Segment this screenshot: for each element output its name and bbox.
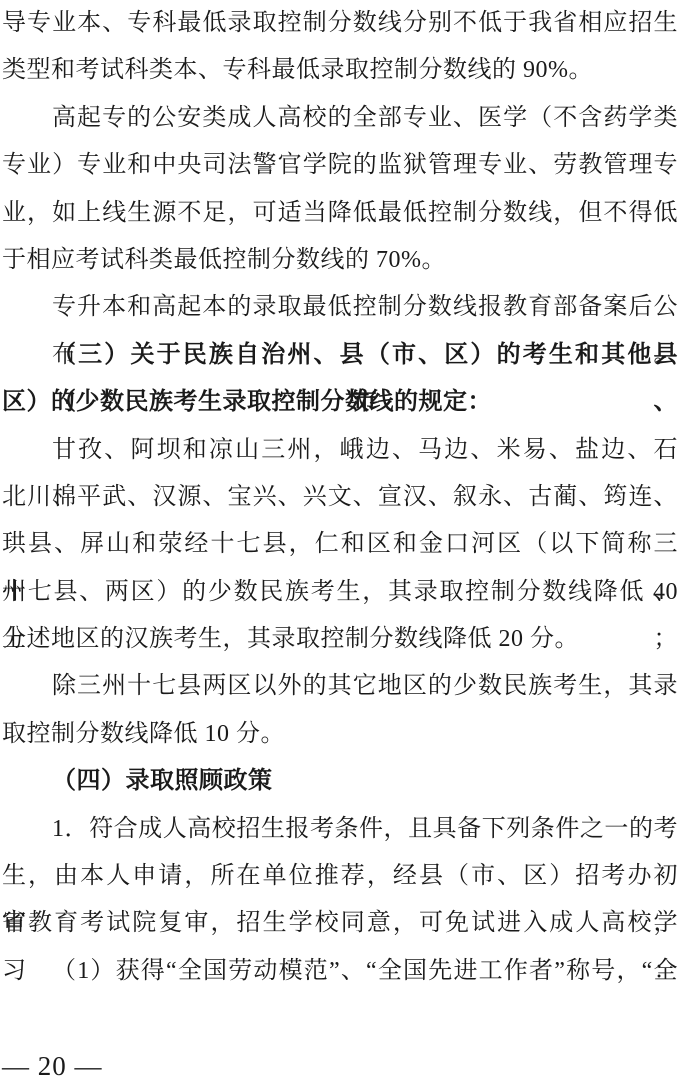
heading-line: （三）关于民族自治州、县（市、区）的考生和其他县（市、 bbox=[2, 332, 678, 379]
text-line: 省教育考试院复审，招生学校同意，可免试进入成人高校学习： bbox=[2, 900, 678, 947]
text-line: 1．符合成人高校招生报考条件，且具备下列条件之一的考 bbox=[2, 806, 678, 853]
text-line: 十七县、两区）的少数民族考生，其录取控制分数线降低 40 分； bbox=[2, 569, 678, 616]
text-line: 专业）专业和中央司法警官学院的监狱管理专业、劳教管理专 bbox=[2, 142, 678, 189]
text-line: （1）获得“全国劳动模范”、“全国先进工作者”称号，“全 bbox=[2, 948, 678, 995]
document-body: 导专业本、专科最低录取控制分数线分别不低于我省相应招生类型和考试科类本、专科最低… bbox=[2, 0, 678, 995]
text-line: 生，由本人申请，所在单位推荐，经县（市、区）招考办初审， bbox=[2, 853, 678, 900]
text-line: 北川、平武、汉源、宝兴、兴文、宣汉、叙永、古蔺、筠连、 bbox=[2, 474, 678, 521]
text-line: 上述地区的汉族考生，其录取控制分数线降低 20 分。 bbox=[2, 616, 678, 663]
text-line: 专升本和高起本的录取最低控制分数线报教育部备案后公布。 bbox=[2, 284, 678, 331]
document-page: 导专业本、专科最低录取控制分数线分别不低于我省相应招生类型和考试科类本、专科最低… bbox=[0, 0, 680, 1087]
text-line: 导专业本、专科最低录取控制分数线分别不低于我省相应招生 bbox=[2, 0, 678, 47]
text-line: 除三州十七县两区以外的其它地区的少数民族考生，其录 bbox=[2, 663, 678, 710]
text-line: 业，如上线生源不足，可适当降低最低控制分数线，但不得低 bbox=[2, 190, 678, 237]
text-line: 甘孜、阿坝和凉山三州，峨边、马边、米易、盐边、石棉、 bbox=[2, 427, 678, 474]
text-line: 取控制分数线降低 10 分。 bbox=[2, 711, 678, 758]
text-line: 高起专的公安类成人高校的全部专业、医学（不含药学类 bbox=[2, 95, 678, 142]
text-line: 类型和考试科类本、专科最低录取控制分数线的 90%。 bbox=[2, 47, 678, 94]
page-number: — 20 — bbox=[2, 1048, 103, 1084]
heading-line: （四）录取照顾政策 bbox=[2, 758, 678, 805]
text-line: 于相应考试科类最低控制分数线的 70%。 bbox=[2, 237, 678, 284]
text-line: 珙县、屏山和荥经十七县，仁和区和金口河区（以下简称三州、 bbox=[2, 521, 678, 568]
